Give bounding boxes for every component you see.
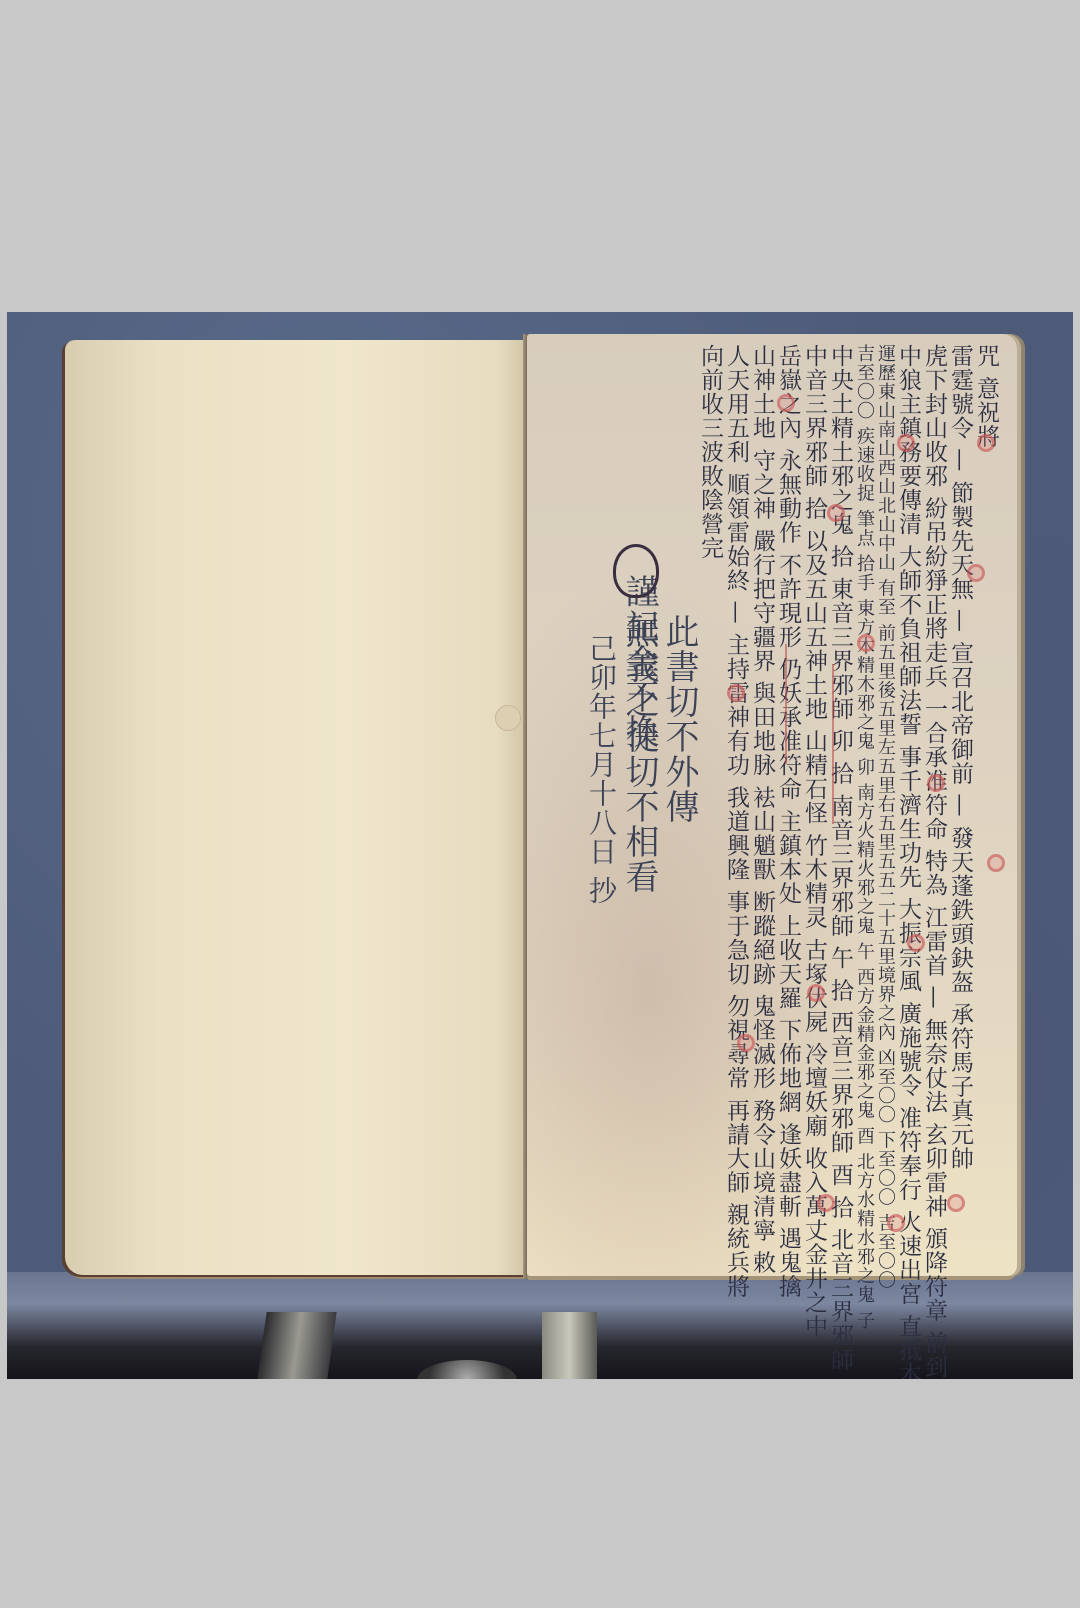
- red-punctuation-mark: [947, 1194, 965, 1212]
- text-column-9: 岳嶽之內 永無動作 不許現形 仍妖承准符命 主鎮本处 上收天羅 下佈地網 逢妖盡…: [775, 344, 801, 1256]
- copy-date: 己卯年七月十八日 抄: [583, 634, 617, 1256]
- text-columns: 咒 意祝將 雷霆號令 — 節製先天無 — 宣召北帝御前 — 發天蓬鉄頭鈌盔 承符…: [535, 344, 999, 1256]
- red-punctuation-mark: [897, 434, 915, 452]
- red-punctuation-mark: [727, 684, 745, 702]
- paper-stain: [495, 705, 521, 731]
- book-stand-right: [542, 1312, 597, 1379]
- book-stand-left: [257, 1312, 336, 1379]
- red-punctuation-mark: [927, 774, 945, 792]
- red-punctuation-mark: [777, 394, 795, 412]
- inscription-no-unworthy: 無義之徒切不相看: [617, 312, 657, 1256]
- left-page-blank: [65, 340, 535, 1275]
- text-column-11: 人天用五利 順領雷始終 — 主持雷神有功 我道興隆 事于急切 勿視尋常 再請大師…: [723, 344, 749, 1256]
- text-column-1: 咒 意祝將: [973, 344, 999, 1256]
- text-column-5: 運歷東山南山西山北山中山 有至 前五里後五里左五里右五里五五二十五里境界之內 凶…: [874, 344, 895, 1256]
- text-column-6: 吉至〇〇 疾速收捉 筆点 拾手 東方木精木邪之鬼 卯 南方火精火邪之鬼 午 西方…: [853, 344, 874, 1256]
- text-column-8: 中音三界邪師 拾 以及五山五神土地 山精石怪 竹木精灵 古塚伏屍 冷壇妖廟 收入…: [801, 344, 827, 1256]
- text-column-2: 雷霆號令 — 節製先天無 — 宣召北帝御前 — 發天蓬鉄頭鈌盔 承符馬子真元帥: [947, 344, 973, 1256]
- talisman-seal-icon: [613, 544, 659, 598]
- red-punctuation-mark: [887, 1214, 905, 1232]
- red-punctuation-mark: [807, 984, 825, 1002]
- red-punctuation-mark: [737, 1034, 755, 1052]
- red-punctuation-mark: [907, 934, 925, 952]
- manuscript-photo: 咒 意祝將 雷霆號令 — 節製先天無 — 宣召北帝御前 — 發天蓬鉄頭鈌盔 承符…: [7, 312, 1073, 1379]
- red-punctuation-mark: [987, 854, 1005, 872]
- red-punctuation-mark: [857, 634, 875, 652]
- red-punctuation-mark: [817, 1194, 835, 1212]
- text-column-10: 山神土地 守之神 嚴行把守疆界 與田地脉 袪山魈獸 断蹤絕跡 鬼怪滅形 務令山境…: [749, 344, 775, 1256]
- text-column-3: 虎下封山收邪 紛吊紛猙正將走兵 一合承准符命 特為 江雷首 — 無奈仗法 玄卯雷…: [921, 344, 947, 1256]
- red-punctuation-mark: [977, 434, 995, 452]
- right-page-text: 咒 意祝將 雷霆號令 — 節製先天無 — 宣召北帝御前 — 發天蓬鉄頭鈌盔 承符…: [527, 334, 1017, 1276]
- red-annotation-line: [832, 664, 834, 824]
- red-annotation-line: [785, 644, 787, 764]
- text-column-4: 中狼主鎮務要傳清 大師不負祖師法誓 事千濟生功先 大振宗風 廣施號令 准符奉行 …: [895, 344, 921, 1256]
- text-column-7: 中央土精土邪之鬼 拾 東音三界邪師 卯 拾 南音三界邪師 午 拾 西音三界邪師 …: [827, 344, 853, 1256]
- red-punctuation-mark: [967, 564, 985, 582]
- red-punctuation-mark: [827, 504, 845, 522]
- inscription-no-transmit: 此書切不外傳: [657, 614, 697, 1256]
- text-column-12: 向前收三波敗陰營完: [697, 344, 723, 1256]
